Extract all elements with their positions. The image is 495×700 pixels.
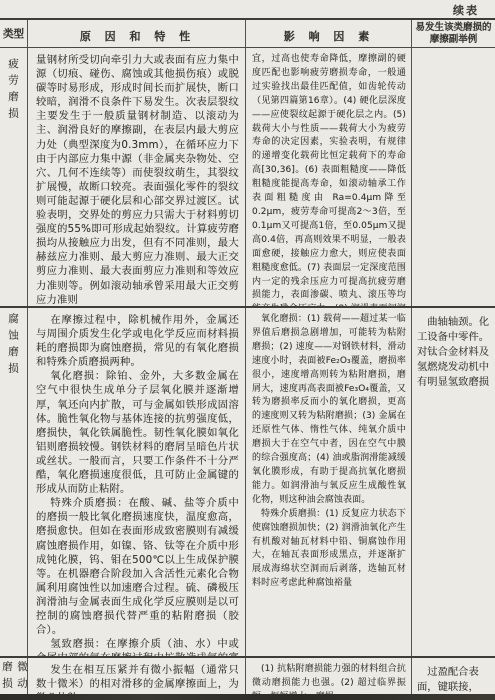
corrosive-factors-special-media: 特殊介质磨损：(1) 反复应力状态下使腐蚀磨损加快；(2) 润滑油氧化产生有机酸… <box>252 508 406 591</box>
fatigue-cause-cell: 量钢材所受切向牵引力大或表面有应力集中源（切痕、碰伤、腐蚀或其他损伤痕）或脱碳等… <box>28 48 246 306</box>
header-factors: 影 响 因 素 <box>246 20 412 47</box>
corrosive-examples-cell: 曲轴轴颈。化工设备中零件。对钛合金材料及氢燃烧发动机中有明显氢致磨损 <box>412 308 495 656</box>
corrosive-examples-text: 曲轴轴颈。化工设备中零件。对钛合金材料及氢燃烧发动机中有明显氢致磨损 <box>417 315 491 390</box>
fatigue-examples-cell <box>412 48 495 306</box>
corrosive-cause-intro: 在摩擦过程中，除机械作用外，金属还与周围介质发生化学或电化学反应而材料损耗的磨损… <box>36 313 239 369</box>
corrosive-cause-hydrogen: 氢致磨损：在摩擦介质（油、水）中或金属内部的氢在摩擦过程中扩散造成氢的富集使表面… <box>36 637 239 656</box>
fatigue-cause-paragraph: 量钢材所受切向牵引力大或表面有应力集中源（切痕、碰伤、腐蚀或其他损伤痕）或脱碳等… <box>36 53 239 306</box>
header-type: 类型 <box>0 20 28 47</box>
fretting-examples-text: 过盈配合表面，键联接， <box>417 665 491 695</box>
page-bottom-scan-edge <box>0 694 495 700</box>
wear-types-table: 类型 原 因 和 特 性 影 响 因 素 易发生该类磨损的摩擦副举例 疲劳磨损 … <box>0 18 495 700</box>
scanned-document-page: 续表 类型 原 因 和 特 性 影 响 因 素 易发生该类磨损的摩擦副举例 疲劳… <box>0 0 495 700</box>
fatigue-type-label: 疲劳磨损 <box>6 48 21 124</box>
table-row-fatigue-wear: 疲劳磨损 量钢材所受切向牵引力大或表面有应力集中源（切痕、碰伤、腐蚀或其他损伤痕… <box>0 48 495 308</box>
corrosive-cause-special-media: 特殊介质磨损：在酸、碱、盐等介质中的磨损一般比氧化磨损速度快，温度愈高，磨损愈快… <box>36 496 239 637</box>
corrosive-factors-oxidative: 氧化磨损：(1) 载荷——超过某一临界值后磨损急剧增加，可能转为粘附磨损；(2)… <box>252 313 406 508</box>
continued-table-label: 续表 <box>453 2 479 18</box>
table-header-row: 类型 原 因 和 特 性 影 响 因 素 易发生该类磨损的摩擦副举例 <box>0 20 495 48</box>
header-examples: 易发生该类磨损的摩擦副举例 <box>412 20 495 47</box>
table-row-corrosive-wear: 腐蚀磨损 在摩擦过程中，除机械作用外，金属还与周围介质发生化学或电化学反应而材料… <box>0 308 495 658</box>
corrosive-type-label: 腐蚀磨损 <box>6 308 21 379</box>
fatigue-type-cell: 疲劳磨损 <box>0 48 28 306</box>
corrosive-cause-cell: 在摩擦过程中，除机械作用外，金属还与周围介质发生化学或电化学反应而材料损耗的磨损… <box>28 308 246 656</box>
corrosive-type-cell: 腐蚀磨损 <box>0 308 28 656</box>
header-cause: 原 因 和 特 性 <box>28 20 246 47</box>
fatigue-factors-paragraph: 宜，过高也使寿命降低，摩擦副的硬度匹配也影响疲劳磨损寿命，一般通过实验找出最佳匹… <box>252 53 406 306</box>
fatigue-factors-cell: 宜，过高也使寿命降低，摩擦副的硬度匹配也影响疲劳磨损寿命，一般通过实验找出最佳匹… <box>246 48 412 306</box>
corrosive-factors-cell: 氧化磨损：(1) 载荷——超过某一临界值后磨损急剧增加，可能转为粘附磨损；(2)… <box>246 308 412 656</box>
corrosive-cause-oxidative: 氧化磨损：除铂、金外，大多数金属在空气中很快生成单分子层氧化膜并逐渐增厚，氧还向… <box>36 369 239 496</box>
